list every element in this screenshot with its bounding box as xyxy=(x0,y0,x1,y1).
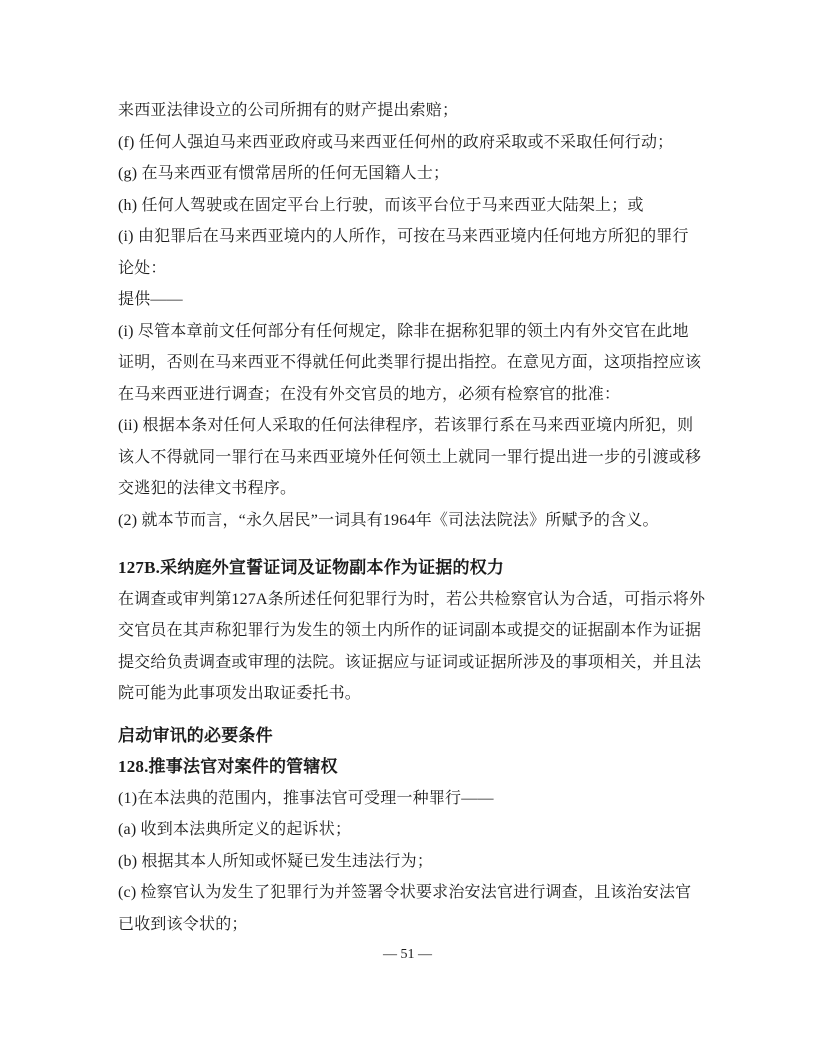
text-line: (i) 尽管本章前文任何部分有任何规定，除非在据称犯罪的领土内有外交官在此地 xyxy=(118,316,704,348)
text-line: (h) 任何人驾驶或在固定平台上行驶，而该平台位于马来西亚大陆架上；或 xyxy=(118,190,704,222)
text-column: 来西亚法律设立的公司所拥有的财产提出索赔； (f) 任何人强迫马来西亚政府或马来… xyxy=(118,95,704,940)
text-line: 论处： xyxy=(118,253,704,285)
part-heading: 启动审讯的必要条件 xyxy=(118,720,704,752)
text-line: 该人不得就同一罪行在马来西亚境外任何领土上就同一罪行提出进一步的引渡或移 xyxy=(118,442,704,474)
document-page: 来西亚法律设立的公司所拥有的财产提出索赔； (f) 任何人强迫马来西亚政府或马来… xyxy=(0,0,815,1055)
paragraph-gap xyxy=(118,710,704,720)
text-line: (f) 任何人强迫马来西亚政府或马来西亚任何州的政府采取或不采取任何行动； xyxy=(118,127,704,159)
section-128: 128.推事法官对案件的管辖权 (1)在本法典的范围内，推事法官可受理一种罪行—… xyxy=(118,751,704,940)
text-line: 交逃犯的法律文书程序。 xyxy=(118,473,704,505)
text-line: (c) 检察官认为发生了犯罪行为并签署令状要求治安法官进行调查，且该治安法官 xyxy=(118,877,704,909)
text-line: 在调查或审判第127A条所述任何犯罪行为时，若公共检察官认为合适，可指示将外 xyxy=(118,584,704,616)
text-line: 已收到该令状的； xyxy=(118,909,704,941)
text-line: (a) 收到本法典所定义的起诉状； xyxy=(118,814,704,846)
text-line: 在马来西亚进行调查；在没有外交官员的地方，必须有检察官的批准： xyxy=(118,379,704,411)
text-line: 证明，否则在马来西亚不得就任何此类罪行提出指控。在意见方面，这项指控应该 xyxy=(118,347,704,379)
text-line: (g) 在马来西亚有惯常居所的任何无国籍人士； xyxy=(118,158,704,190)
text-line: 交官员在其声称犯罪行为发生的领土内所作的证词副本或提交的证据副本作为证据 xyxy=(118,615,704,647)
section-127b-heading: 127B.采纳庭外宣誓证词及证物副本作为证据的权力 xyxy=(118,552,704,584)
text-line: (1)在本法典的范围内，推事法官可受理一种罪行—— xyxy=(118,783,704,815)
text-line: 来西亚法律设立的公司所拥有的财产提出索赔； xyxy=(118,95,704,127)
text-line: (ii) 根据本条对任何人采取的任何法律程序，若该罪行系在马来西亚境内所犯，则 xyxy=(118,410,704,442)
page-number: — 51 — xyxy=(383,947,432,962)
section-128-heading: 128.推事法官对案件的管辖权 xyxy=(118,751,704,783)
section-127a-continuation: 来西亚法律设立的公司所拥有的财产提出索赔； (f) 任何人强迫马来西亚政府或马来… xyxy=(118,95,704,536)
text-line: 院可能为此事项发出取证委托书。 xyxy=(118,678,704,710)
text-line: (i) 由犯罪后在马来西亚境内的人所作，可按在马来西亚境内任何地方所犯的罪行 xyxy=(118,221,704,253)
text-line: 提交给负责调查或审理的法院。该证据应与证词或证据所涉及的事项相关，并且法 xyxy=(118,647,704,679)
page-footer: — 51 — xyxy=(0,945,815,965)
paragraph-gap xyxy=(118,536,704,552)
text-line: 提供—— xyxy=(118,284,704,316)
section-127b: 127B.采纳庭外宣誓证词及证物副本作为证据的权力 在调查或审判第127A条所述… xyxy=(118,552,704,710)
text-line: (b) 根据其本人所知或怀疑已发生违法行为； xyxy=(118,846,704,878)
text-line: (2) 就本节而言，“永久居民”一词具有1964年《司法法院法》所赋予的含义。 xyxy=(118,505,704,537)
